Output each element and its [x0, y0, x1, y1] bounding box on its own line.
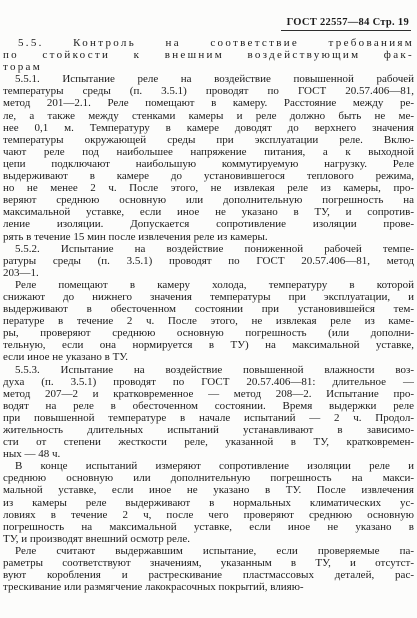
document-page: ГОСТ 22557—84 Стр. 19 5.5. Контроль на с… — [0, 0, 417, 618]
text-line: 203—1. — [3, 267, 414, 279]
text-line: 5.5.1. Испытание реле на воздействие пов… — [3, 73, 414, 85]
text-line: температуры среды (п. 3.5.1) проводят по… — [3, 85, 414, 97]
text-line: снижают до нижнего значения температуры … — [3, 291, 414, 303]
para-5-5-1: 5.5.1. Испытание реле на воздействие пов… — [3, 73, 414, 242]
text-line: 5.5.3. Испытание на воздействие повышенн… — [3, 364, 414, 376]
text-line: но не менее 2 ч. После этого, не извлека… — [3, 182, 414, 194]
text-line: среднюю основную или дополнительную погр… — [3, 472, 414, 484]
text-line: духа (п. 3.5.1) проводят по ГОСТ 20.57.4… — [3, 376, 414, 388]
text-line: цепи подключают наибольшую коммутируемую… — [3, 158, 414, 170]
para-5-5-2: 5.5.2. Испытание на воздействие пониженн… — [3, 243, 414, 279]
text-line: сти от степени жесткости реле, указанной… — [3, 436, 414, 448]
text-line: если иное не указано в ТУ. — [3, 351, 414, 363]
para-end-of-tests: В конце испытаний измеряют сопротивление… — [3, 460, 414, 545]
text-line: ры, проверяют среднюю основную погрешнос… — [3, 327, 414, 339]
text-line: 5.5.2. Испытание на воздействие пониженн… — [3, 243, 414, 255]
para-pass-criteria: Реле считают выдержавшим испытание, если… — [3, 545, 414, 593]
text-line: Реле считают выдержавшим испытание, если… — [3, 545, 414, 557]
text-line: водят на реле в обесточенном состоянии. … — [3, 400, 414, 412]
text-line: раметры соответствуют значениям, указанн… — [3, 557, 414, 569]
text-line: ТУ, и производят внешний осмотр реле. — [3, 533, 414, 545]
text-line: чают реле под наибольшее напряжение пита… — [3, 146, 414, 158]
text-line: метод 207—2 и кратковременное — метод 20… — [3, 388, 414, 400]
text-line: выдерживают в камере до установившегося … — [3, 170, 414, 182]
text-line: ловиях в течение 2 ч, после чего проверя… — [3, 509, 414, 521]
page-header: ГОСТ 22557—84 Стр. 19 — [281, 12, 411, 31]
text-line: температуры окружающей среды при эксплуа… — [3, 134, 414, 146]
text-line: вуют коробления и растрескивание пластма… — [3, 569, 414, 581]
text-line: ление изоляции. Допускается сопротивлени… — [3, 218, 414, 230]
text-line: при повышенной температуре в начале испы… — [3, 412, 414, 424]
text-line: погрешность на максимальной уставке, есл… — [3, 521, 414, 533]
text-line: мальной уставке, если иное не указано в … — [3, 484, 414, 496]
text-line: ле, а также между стенками камеры и реле… — [3, 110, 414, 122]
section-5-5-heading: 5.5. Контроль на соответствие требования… — [3, 37, 414, 73]
document-body: 5.5. Контроль на соответствие требования… — [3, 37, 414, 593]
para-5-5-3: 5.5.3. Испытание на воздействие повышенн… — [3, 364, 414, 461]
text-line: трескивание или размягчение лакокрасочны… — [3, 581, 414, 593]
text-line: торам — [3, 61, 414, 73]
para-cold-chamber: Реле помещают в камеру холода, температу… — [3, 279, 414, 364]
text-line: веряют среднюю основную или дополнительн… — [3, 194, 414, 206]
text-line: выдерживают в обесточенном состоянии при… — [3, 303, 414, 315]
text-line: В конце испытаний измеряют сопротивление… — [3, 460, 414, 472]
text-line: ных — 48 ч. — [3, 448, 414, 460]
text-line: пературе в течение 2 ч. После этого, не … — [3, 315, 414, 327]
text-line: рять в течение 15 мин после извлечения р… — [3, 231, 414, 243]
text-line: жительность длительных испытаний устанав… — [3, 424, 414, 436]
text-line: ратуры среды (п. 3.5.1) проводят по ГОСТ… — [3, 255, 414, 267]
text-line: нее 0,1 м. Температуру в камере доводят … — [3, 122, 414, 134]
text-line: из камеры реле выдерживают в нормальных … — [3, 497, 414, 509]
text-line: по стойкости к внешним воздействующим фа… — [3, 49, 414, 61]
text-line: тельную, если она нормируется в ТУ) на м… — [3, 339, 414, 351]
text-line: 5.5. Контроль на соответствие требования… — [3, 37, 414, 49]
text-line: метод 201—2.1. Реле помещают в камеру. Р… — [3, 97, 414, 109]
text-line: Реле помещают в камеру холода, температу… — [3, 279, 414, 291]
page-header-label: ГОСТ 22557—84 Стр. 19 — [281, 17, 411, 31]
text-line: максимальной уставке, если иное не указа… — [3, 206, 414, 218]
